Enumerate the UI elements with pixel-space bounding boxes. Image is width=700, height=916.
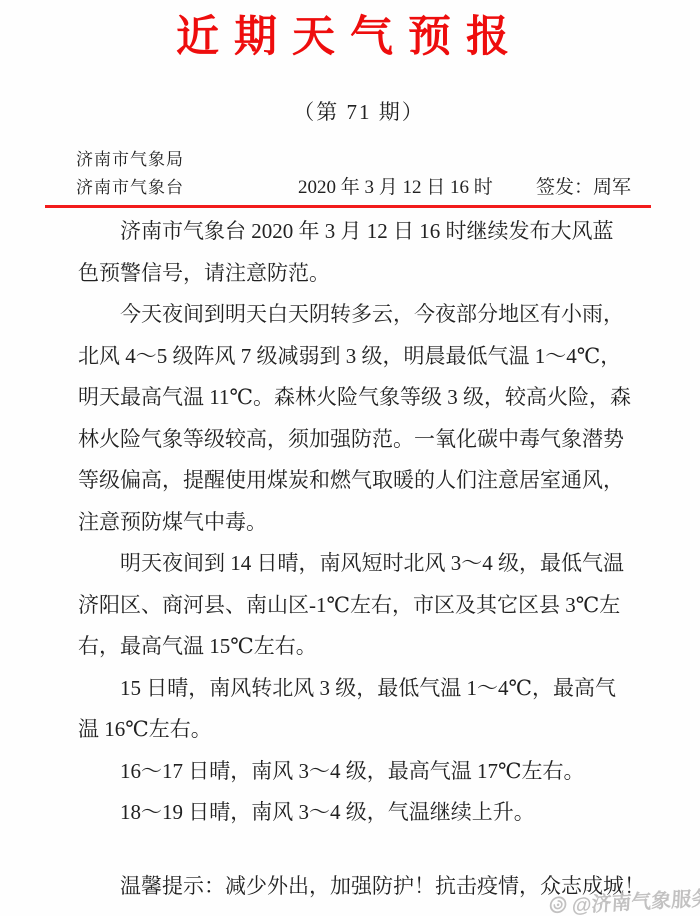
body-line: 右，最高气温 15℃左右。 — [78, 626, 623, 668]
body-line: 北风 4～5 级阵风 7 级减弱到 3 级，明晨最低气温 1～4℃， — [78, 336, 623, 378]
issuer-signature: 签发：周军 — [536, 172, 631, 199]
body-line: 16～17 日晴，南风 3～4 级，最高气温 17℃左右。 — [78, 751, 623, 793]
bulletin-body: 济南市气象台 2020 年 3 月 12 日 16 时继续发布大风蓝色预警信号，… — [78, 211, 623, 834]
red-divider-rule — [45, 205, 651, 208]
weather-bulletin-page: 近期天气预报 （第 71 期） 济南市气象局 济南市气象台 2020 年 3 月… — [0, 0, 700, 916]
body-line: 色预警信号，请注意防范。 — [78, 253, 623, 295]
weibo-camera-logo-icon — [549, 895, 568, 914]
org-name-bureau: 济南市气象局 — [76, 145, 184, 170]
org-name-observatory: 济南市气象台 — [76, 173, 184, 198]
body-line: 今天夜间到明天白天阴转多云，今夜部分地区有小雨， — [78, 294, 623, 336]
body-line: 注意预防煤气中毒。 — [78, 502, 623, 544]
body-line: 济阳区、商河县、南山区-1℃左右，市区及其它区县 3℃左 — [78, 585, 623, 627]
issue-number: （第 71 期） — [18, 96, 700, 126]
page-title: 近期天气预报 — [0, 14, 700, 61]
reminder-line: 温馨提示：减少外出，加强防护！抗击疫情，众志成城！ — [78, 866, 623, 908]
body-line: 15 日晴，南风转北风 3 级，最低气温 1～4℃，最高气 — [78, 668, 623, 710]
body-line: 等级偏高，提醒使用煤炭和燃气取暖的人们注意居室通风， — [78, 460, 623, 502]
body-line: 温 16℃左右。 — [78, 709, 623, 751]
issue-datetime: 2020 年 3 月 12 日 16 时 — [298, 172, 493, 199]
body-line: 明天夜间到 14 日晴，南风短时北风 3～4 级，最低气温 — [78, 543, 623, 585]
body-line: 18～19 日晴，南风 3～4 级，气温继续上升。 — [78, 792, 623, 834]
body-line: 明天最高气温 11℃。森林火险气象等级 3 级，较高火险，森 — [78, 377, 623, 419]
body-line: 林火险气象等级较高，须加强防范。一氧化碳中毒气象潜势 — [78, 419, 623, 461]
body-line: 济南市气象台 2020 年 3 月 12 日 16 时继续发布大风蓝 — [78, 211, 623, 253]
